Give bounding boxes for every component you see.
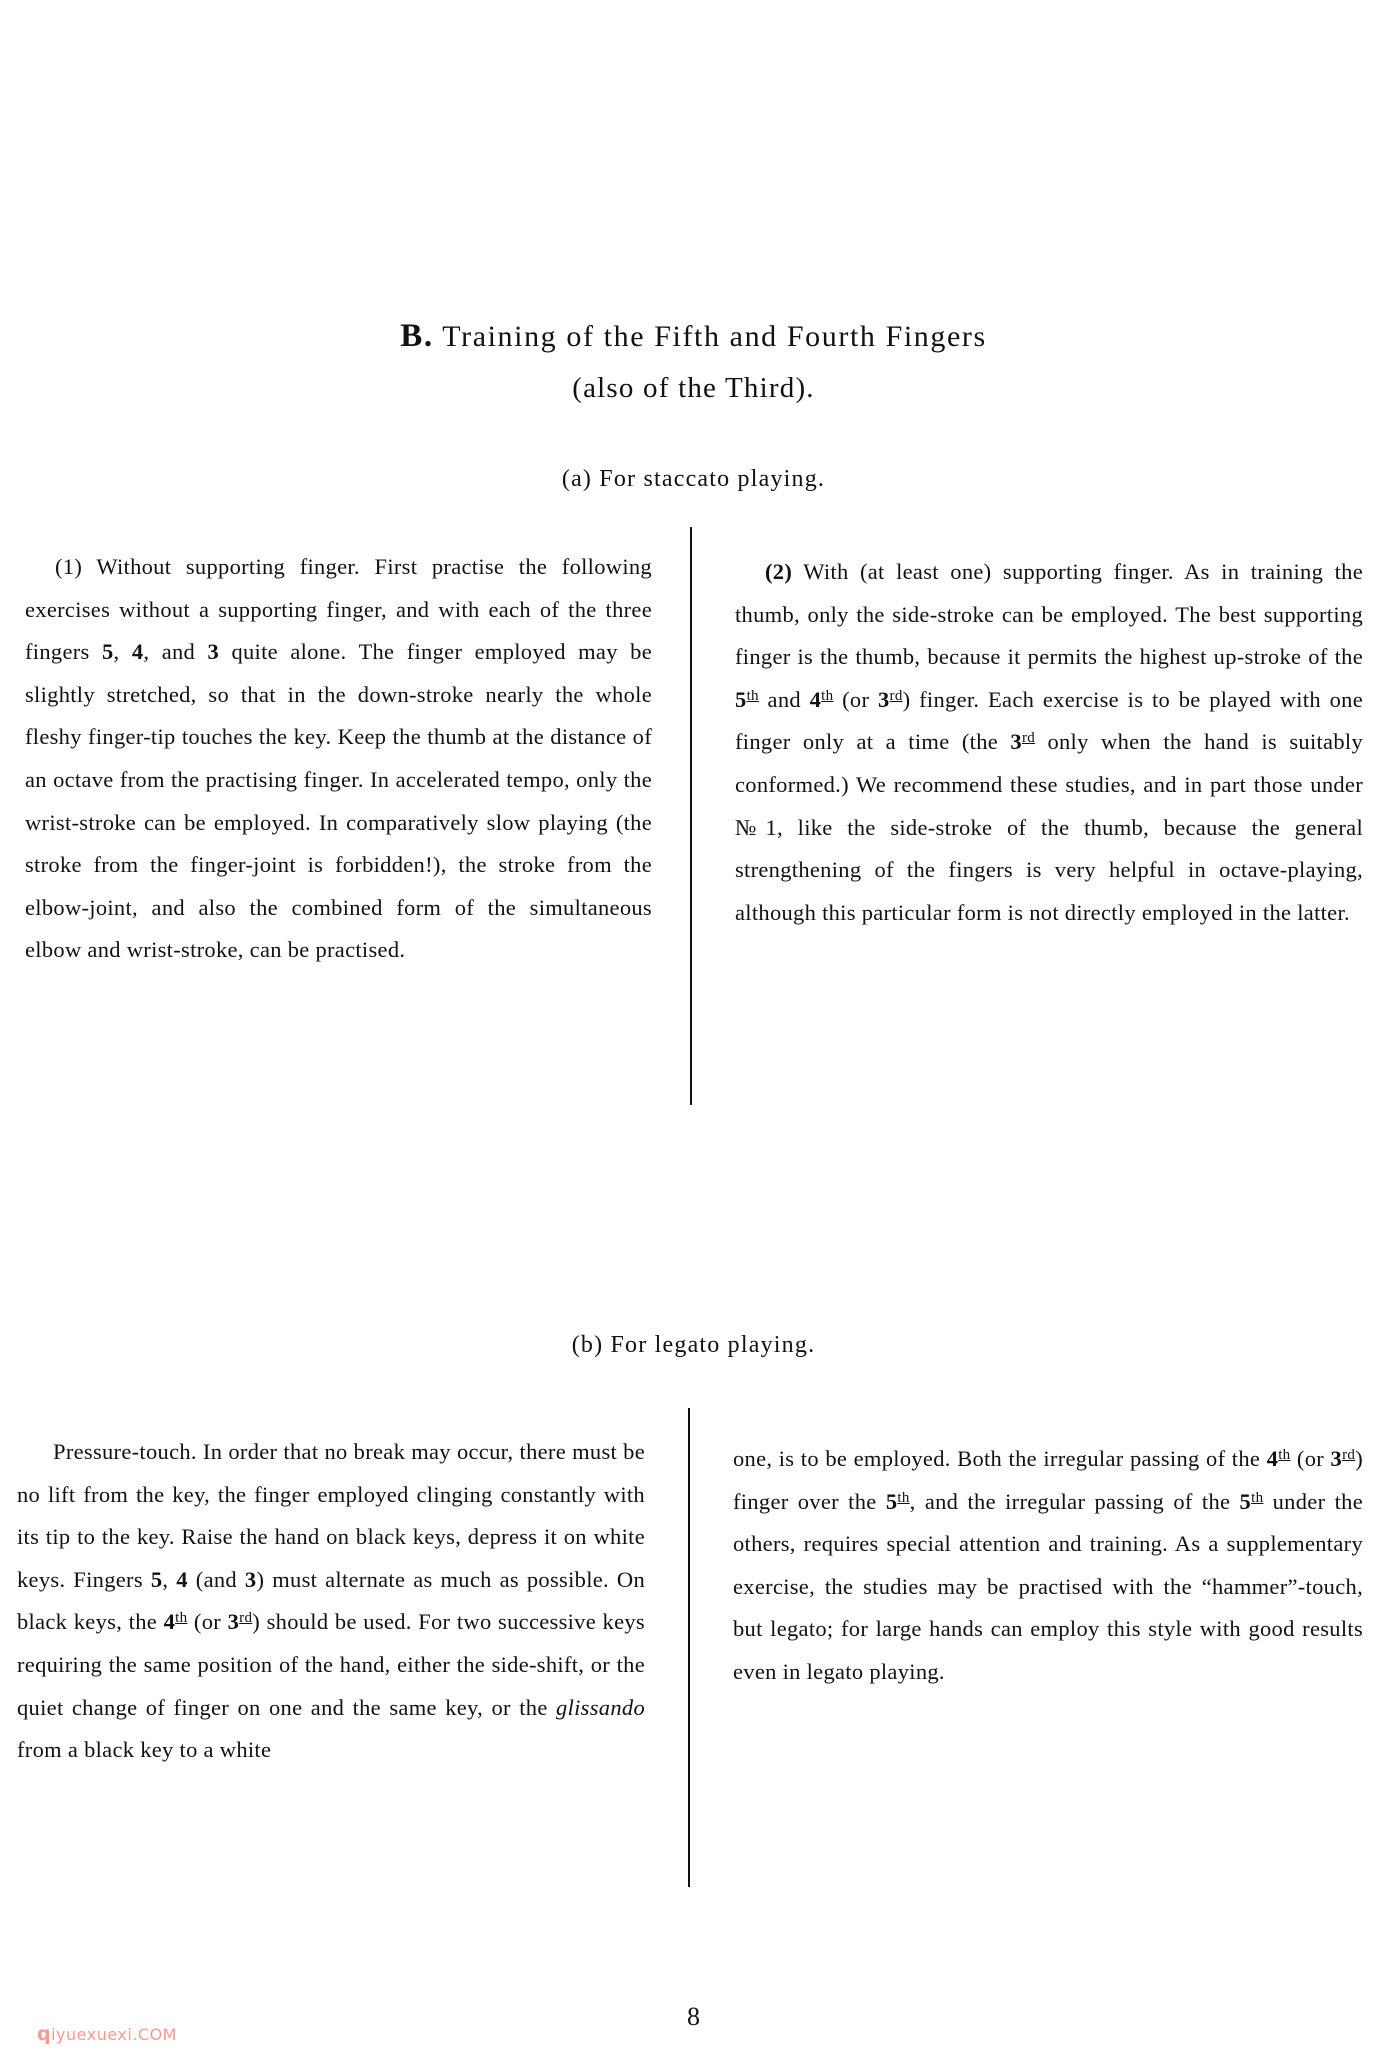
column-divider xyxy=(690,527,692,1105)
ordinal-suffix: th xyxy=(1251,1490,1263,1506)
ordinal-suffix: th xyxy=(747,688,759,704)
text: , xyxy=(162,1567,176,1592)
ordinal-suffix: rd xyxy=(239,1610,252,1626)
section-b-left-column: Pressure-touch. In order that no break m… xyxy=(17,1431,645,1772)
finger-number: 5 xyxy=(886,1489,898,1514)
text: , xyxy=(114,639,132,664)
section-letter: B. xyxy=(400,318,433,354)
title-text: Training of the Fifth and Fourth Fingers xyxy=(442,320,987,353)
finger-number: 5 xyxy=(102,639,114,664)
finger-number: 3 xyxy=(208,639,220,664)
paragraph-without-supporting-finger: (1) Without supporting finger. First pra… xyxy=(25,546,652,972)
ordinal-suffix: rd xyxy=(1022,730,1035,746)
finger-number: 4 xyxy=(810,687,822,712)
finger-number: 3 xyxy=(878,687,890,712)
text: , and the irregular passing of the xyxy=(910,1489,1240,1514)
ordinal-suffix: rd xyxy=(890,688,903,704)
paragraph-with-supporting-finger: (2) With (at least one) supporting finge… xyxy=(735,551,1363,934)
ordinal-suffix: rd xyxy=(1342,1447,1355,1463)
page-number: 8 xyxy=(0,2002,1387,2032)
text: and xyxy=(759,687,810,712)
finger-number: 5 xyxy=(151,1567,163,1592)
text: (or xyxy=(187,1609,227,1634)
text: one, is to be employed. Both the irregul… xyxy=(733,1446,1267,1471)
page-subtitle: (also of the Third). xyxy=(0,372,1387,405)
text: , and xyxy=(143,639,207,664)
text: from a black key to a white xyxy=(17,1737,271,1762)
column-divider xyxy=(688,1408,690,1887)
ordinal-suffix: th xyxy=(175,1610,187,1626)
finger-number: 4 xyxy=(176,1567,188,1592)
finger-number: 5 xyxy=(1240,1489,1252,1514)
section-a-left-column: (1) Without supporting finger. First pra… xyxy=(25,546,652,972)
text: With (at least one) supporting finger. A… xyxy=(735,559,1363,669)
paragraph-pressure-touch: Pressure-touch. In order that no break m… xyxy=(17,1431,645,1772)
ordinal-suffix: th xyxy=(821,688,833,704)
text: under the others, requires special atten… xyxy=(733,1489,1363,1684)
finger-number: 4 xyxy=(1267,1446,1279,1471)
section-a-heading: (a) For staccato playing. xyxy=(0,466,1387,493)
item-number: (1) xyxy=(55,554,82,579)
paragraph-continued: one, is to be employed. Both the irregul… xyxy=(733,1438,1363,1694)
finger-number: 3 xyxy=(245,1567,257,1592)
text: quite alone. The finger employed may be … xyxy=(25,639,652,962)
text: only when the hand is suitably conformed… xyxy=(735,729,1363,924)
watermark-logo-icon: q xyxy=(37,2023,51,2045)
finger-number: 3 xyxy=(1010,729,1022,754)
text: (or xyxy=(1290,1446,1330,1471)
page-title: B. Training of the Fifth and Fourth Fing… xyxy=(0,318,1387,355)
item-number: (2) xyxy=(765,559,792,584)
watermark-text: iyuexuexi.COM xyxy=(51,2025,177,2044)
section-b-right-column: one, is to be employed. Both the irregul… xyxy=(733,1438,1363,1694)
finger-number: 3 xyxy=(1331,1446,1343,1471)
finger-number: 4 xyxy=(164,1609,176,1634)
finger-number: 4 xyxy=(132,639,144,664)
section-b-heading: (b) For legato playing. xyxy=(0,1332,1387,1359)
italic-term: glissando xyxy=(556,1695,645,1720)
ordinal-suffix: th xyxy=(897,1490,909,1506)
finger-number: 5 xyxy=(735,687,747,712)
watermark: qiyuexuexi.COM xyxy=(37,2023,177,2045)
text: (and xyxy=(188,1567,245,1592)
text: (or xyxy=(833,687,878,712)
finger-number: 3 xyxy=(228,1609,240,1634)
ordinal-suffix: th xyxy=(1278,1447,1290,1463)
section-a-right-column: (2) With (at least one) supporting finge… xyxy=(735,551,1363,934)
